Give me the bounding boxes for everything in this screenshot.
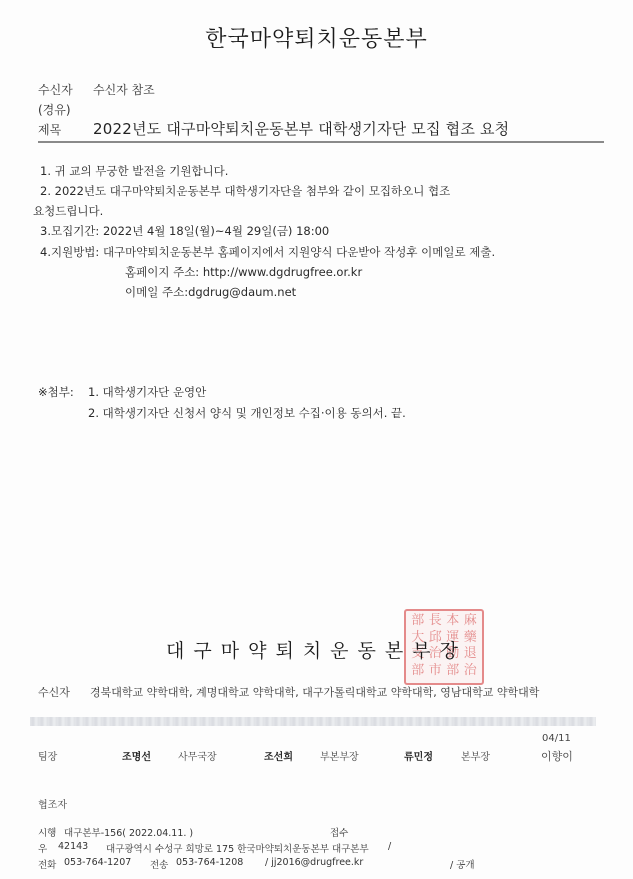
seal-glyph: 治 xyxy=(462,664,480,681)
attachment-item-2: 2. 대학생기자단 신청서 양식 및 개인정보 수집·이용 동의서. 끝. xyxy=(88,405,406,421)
contact-email: / jj2016@drugfree.kr xyxy=(265,857,363,868)
address-separator: / xyxy=(388,841,391,852)
via-label: (경유) xyxy=(38,101,71,118)
header-divider xyxy=(38,141,604,143)
fax-number: 053-764-1208 xyxy=(176,857,243,868)
recipient-label: 수신자 xyxy=(38,81,73,98)
cooperator-label: 협조자 xyxy=(38,796,67,811)
zip-label: 우 xyxy=(38,841,47,855)
organization-title: 한국마약퇴치운동본부 xyxy=(0,22,633,53)
approver-title-3: 부본부장 xyxy=(320,748,359,763)
seal-glyph: 市 xyxy=(427,664,445,681)
seal-glyph: 部 xyxy=(409,664,427,681)
body-line-method: 4.지원방법: 대구마약퇴치운동본부 홈페이지에서 지원양식 다운받아 작성후 … xyxy=(40,244,495,260)
subject-label: 제목 xyxy=(38,121,61,138)
approver-title-1: 팀장 xyxy=(38,748,57,763)
seal-glyph: 部 xyxy=(444,664,462,681)
seal-glyph: 本 xyxy=(444,614,462,631)
email-address: 이메일 주소:dgdrug@daum.net xyxy=(125,284,296,300)
approver-name-3: 류민정 xyxy=(404,748,433,763)
signatory-title: 대구마약퇴치운동본부장 xyxy=(0,636,633,663)
distribution-label: 수신자 xyxy=(38,684,70,700)
seal-glyph: 部 xyxy=(409,614,427,631)
enforcement-label: 시행 xyxy=(38,825,56,839)
enforcement-number: 대구본부-156( 2022.04.11. ) xyxy=(64,825,193,839)
recipient-value: 수신자 참조 xyxy=(93,81,155,98)
body-line-3: 요청드립니다. xyxy=(33,203,103,219)
receipt-label: 접수 xyxy=(330,825,348,839)
disclosure-status: / 공개 xyxy=(450,857,475,871)
scan-divider xyxy=(30,717,596,726)
distribution-list: 경북대학교 약학대학, 계명대학교 약학대학, 대구가톨릭대학교 약학대학, 영… xyxy=(90,684,539,700)
attachment-item-1: 1. 대학생기자단 운영안 xyxy=(88,384,206,400)
approver-title-2: 사무국장 xyxy=(178,748,217,763)
approver-name-2: 조선희 xyxy=(264,748,293,763)
fax-label: 전송 xyxy=(150,857,168,871)
office-address: 대구광역시 수성구 희망로 175 한국마약퇴치운동본부 대구본부 xyxy=(106,841,369,855)
body-line-1: 1. 귀 교의 무궁한 발전을 기원합니다. xyxy=(40,163,228,179)
approver-name-1: 조명선 xyxy=(122,748,151,763)
seal-glyph: 長 xyxy=(427,614,445,631)
approval-date: 04/11 xyxy=(542,733,571,744)
body-line-period: 3.모집기간: 2022년 4월 18일(월)~4월 29일(금) 18:00 xyxy=(40,223,329,239)
body-line-2: 2. 2022년도 대구마약퇴치운동본부 대학생기자단을 첨부와 같이 모집하오… xyxy=(40,183,450,199)
phone-label: 전화 xyxy=(38,857,56,871)
phone-number: 053-764-1207 xyxy=(64,857,131,868)
zip-code: 42143 xyxy=(58,841,88,852)
attachment-label: ※첨부: xyxy=(38,384,74,400)
subject-value: 2022년도 대구마약퇴치운동본부 대학생기자단 모집 협조 요청 xyxy=(93,118,509,139)
approver-name-4: 이향이 xyxy=(541,748,573,764)
homepage-address: 홈페이지 주소: http://www.dgdrugfree.or.kr xyxy=(125,264,362,280)
seal-glyph: 麻 xyxy=(462,614,480,631)
approver-title-4: 본부장 xyxy=(461,748,490,763)
